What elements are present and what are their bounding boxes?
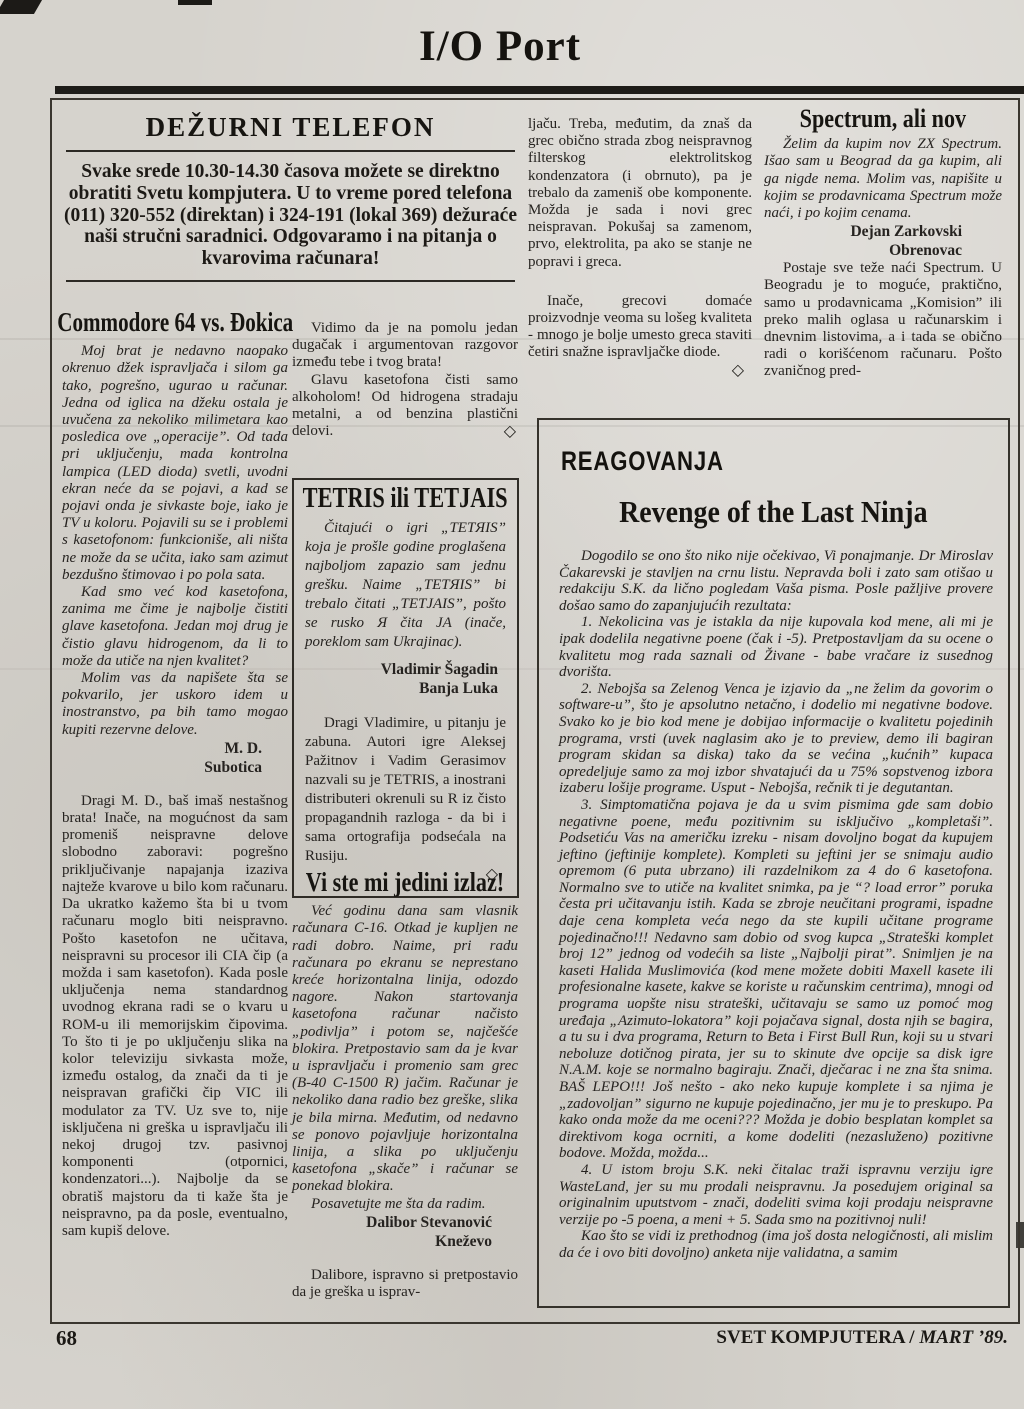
article-spectrum: Spectrum, ali nov Želim da kupim nov ZX … — [764, 110, 1002, 381]
reagovanja-article-title: Revenge of the Last Ninja — [539, 494, 1008, 530]
letter-paragraph: Kad smo već kod kasetofona, zanima me či… — [62, 584, 288, 670]
letter-paragraph: Molim vas da napišete šta se pokvarilo, … — [62, 670, 288, 739]
reagovanja-paragraph: Dogodilo se ono što niko nije očekivao, … — [559, 548, 993, 614]
letter-signature-name: Dalibor Stevanović — [292, 1213, 518, 1232]
letter-signature-city: Kneževo — [292, 1232, 518, 1251]
reagovanja-paragraph: 4. U istom broju S.K. neki čitalac traži… — [559, 1162, 993, 1228]
magazine-masthead: I/O Port — [0, 22, 1000, 71]
letter-signature-name: M. D. — [62, 739, 288, 758]
article-commodore: Commodore 64 vs. Đokica Moj brat je neda… — [62, 314, 288, 1240]
footer-issue: MART ’89. — [919, 1327, 1008, 1348]
editor-reply: Vidimo da je na pomolu jedan dugačak i a… — [292, 320, 518, 372]
reagovanja-paragraph: 2. Nebojša sa Zelenog Venca je izjavio d… — [559, 681, 993, 797]
editor-reply: Inače, grecovi domaće proizvodnje veoma … — [528, 293, 752, 362]
editor-reply: Dragi M. D., baš imaš nestašnog brata! I… — [62, 793, 288, 1240]
duty-rule-top — [66, 150, 515, 152]
reagovanja-body: Dogodilo se ono što niko nije očekivao, … — [559, 548, 993, 1262]
article-izlaz-title: Vi ste mi jedini izlaz! — [292, 874, 518, 891]
letter-paragraph: Posavetujte me šta da radim. — [292, 1196, 518, 1213]
duty-phone-title: DEŽURNI TELEFON — [64, 112, 517, 143]
diamond-end-icon: ◇ — [528, 362, 752, 380]
scan-edge-mark — [178, 0, 212, 5]
editor-reply: Dalibore, ispravno si pretpostavio da je… — [292, 1267, 518, 1301]
reagovanja-paragraph: 3. Simptomatična pojava je da u svim pis… — [559, 797, 993, 1162]
letter-paragraph: Već godinu dana sam vlasnik računara C-1… — [292, 903, 518, 1195]
scan-corner-mark — [0, 0, 42, 14]
article-spectrum-title: Spectrum, ali nov — [764, 110, 1002, 127]
letter-signature-city: Subotica — [62, 758, 288, 777]
article-tetris-title: TETRIS ili TETJAIS — [305, 490, 506, 507]
article-tetris-box: TETRIS ili TETJAIS Čitajući o igri „TETЯ… — [292, 478, 519, 898]
letter-signature-city: Banja Luka — [305, 679, 506, 698]
letter-signature-name: Vladimir Šagadin — [305, 660, 506, 679]
commodore-reply-continuation: Vidimo da je na pomolu jedan dugačak i a… — [292, 320, 518, 440]
editor-reply: Postaje sve teže naći Spectrum. U Beogra… — [764, 260, 1002, 380]
duty-phone-body: Svake srede 10.30-14.30 časova možete se… — [64, 161, 517, 270]
masthead-rule — [55, 86, 1024, 94]
reagovanja-label: REAGOVANJA — [561, 446, 724, 477]
izlaz-reply-continuation: ljaču. Treba, međutim, da znaš da grec o… — [528, 116, 752, 380]
letter-signature-city: Obrenovac — [764, 241, 1002, 260]
article-izlaz: Vi ste mi jedini izlaz! Već godinu dana … — [292, 874, 518, 1301]
reagovanja-paragraph: Kao što se vidi iz prethodnog (ima još d… — [559, 1228, 993, 1261]
letter-signature-name: Dejan Zarkovski — [764, 222, 1002, 241]
editor-reply: Dragi Vladimire, u pitanju je zabuna. Au… — [305, 714, 506, 866]
editor-reply: ljaču. Treba, međutim, da znaš da grec o… — [528, 116, 752, 271]
duty-phone-notice: DEŽURNI TELEFON Svake srede 10.30-14.30 … — [64, 112, 517, 282]
letter-paragraph: Čitajući o igri „TETЯIS” koja je prošle … — [305, 519, 506, 652]
letter-paragraph: Moj brat je nedavno naopako okrenuo džek… — [62, 343, 288, 584]
article-commodore-title: Commodore 64 vs. Đokica — [62, 314, 288, 331]
duty-rule-bottom — [66, 280, 515, 282]
letter-paragraph: Želim da kupim nov ZX Spectrum. Išao sam… — [764, 136, 1002, 222]
page-number: 68 — [56, 1326, 77, 1351]
reagovanja-paragraph: 1. Nekolicina vas je istakla da nije kup… — [559, 614, 993, 680]
magazine-page: I/O Port DEŽURNI TELEFON Svake srede 10.… — [0, 0, 1024, 1409]
footer-magazine-line: SVET KOMPJUTERA / MART ’89. — [716, 1327, 1008, 1349]
reagovanja-section: REAGOVANJA Revenge of the Last Ninja Dog… — [537, 418, 1010, 1308]
footer-magazine-name: SVET KOMPJUTERA / — [716, 1327, 914, 1348]
